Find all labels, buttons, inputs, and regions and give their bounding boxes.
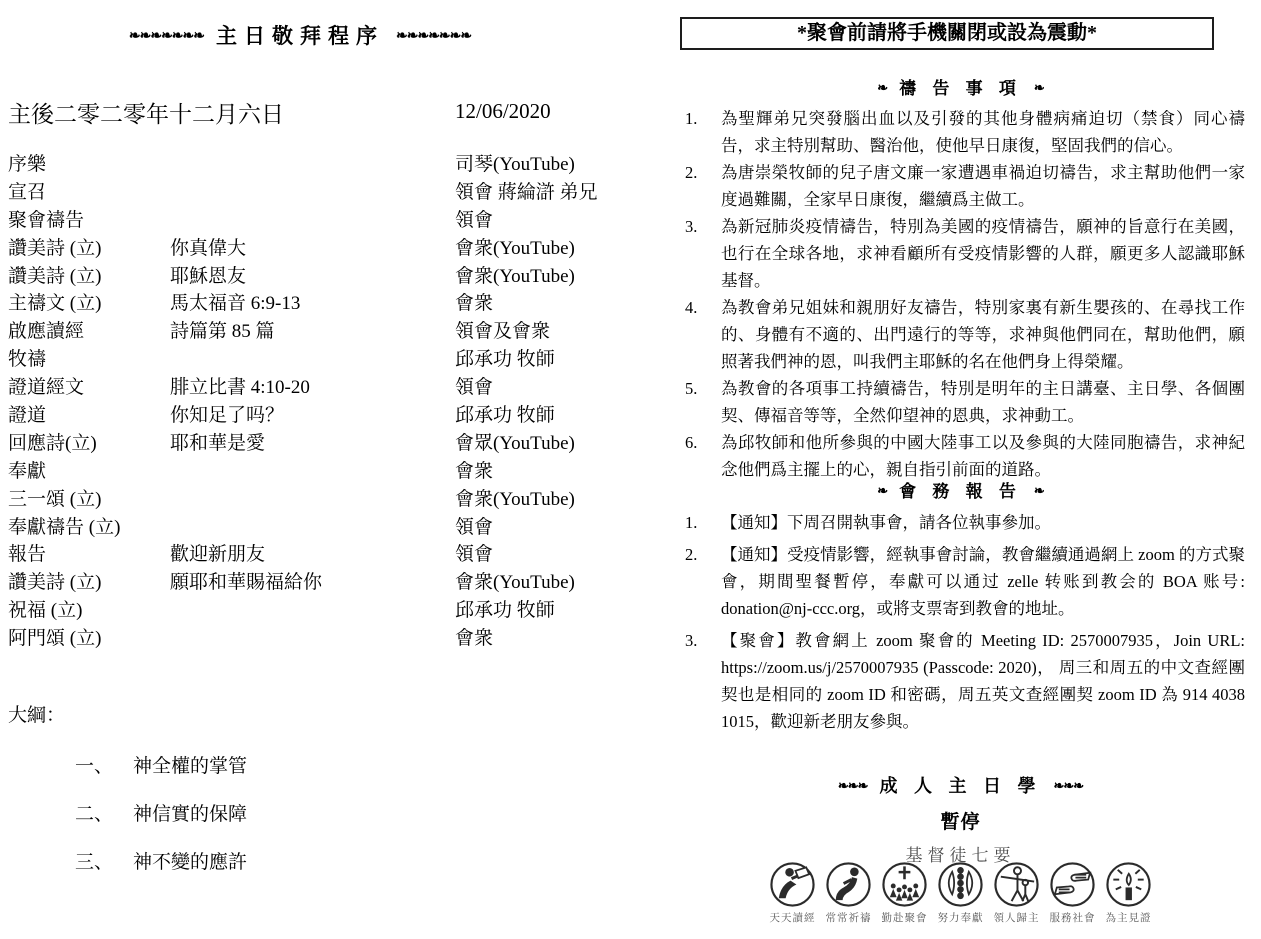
program-item-by: 會衆(YouTube) xyxy=(455,486,653,514)
prayer-section-header: ❧禱 告 事 項❧ xyxy=(660,74,1261,99)
program-item-name: 主禱文 (立) xyxy=(8,290,170,318)
program-item-content: 詩篇第 85 篇 xyxy=(170,318,455,346)
reading-icon xyxy=(769,861,816,908)
prayer-item-text: 為唐崇榮牧師的兒子唐文廉一家遭遇車禍迫切禱告，求主幫助他們一家度過難關，全家早日… xyxy=(721,159,1245,213)
program-item-content xyxy=(170,597,455,625)
report-item-text: 【通知】受疫情影響，經執事會討論，教會繼續通過網上 zoom 的方式聚會，期間聖… xyxy=(721,541,1245,622)
essential-witness: 為主見證 xyxy=(1102,861,1155,925)
announcements-page: *聚會前請將手機關閉或設為震動* ❧禱 告 事 項❧ 1.為聖輝弟兄突發腦出血以… xyxy=(660,0,1261,939)
essential-label: 服務社會 xyxy=(1050,910,1096,925)
prayer-item: 1.為聖輝弟兄突發腦出血以及引發的其他身體病痛迫切（禁食）同心禱告，求主特別幫助… xyxy=(685,105,1245,159)
page-title-row: ❧❧❧❧❧❧❧主日敬拜程序❧❧❧❧❧❧❧ xyxy=(0,20,600,50)
program-row: 奉獻禱告 (立)領會 xyxy=(8,514,653,542)
sunday-school-status: 暫停 xyxy=(660,807,1261,834)
program-row: 回應詩(立)耶和華是愛會眾(YouTube) xyxy=(8,430,653,458)
program-item-name: 啟應讀經 xyxy=(8,318,170,346)
outline-point-text: 神全權的掌管 xyxy=(133,756,247,778)
report-item-number: 3. xyxy=(685,627,721,735)
program-item-by: 會衆 xyxy=(455,458,653,486)
program-item-name: 祝福 (立) xyxy=(8,597,170,625)
serving-icon xyxy=(1049,861,1096,908)
page-title: 主日敬拜程序 xyxy=(216,24,384,48)
prayer-item-text: 為邱牧師和他所參與的中國大陸事工以及參與的大陸同胞禱告，求神紀念他們爲主擺上的心… xyxy=(721,429,1245,483)
report-item: 2.【通知】受疫情影響，經執事會討論，教會繼續通過網上 zoom 的方式聚會，期… xyxy=(685,541,1245,622)
program-row: 奉獻會衆 xyxy=(8,458,653,486)
program-item-by: 會衆(YouTube) xyxy=(455,235,653,263)
outline-point-text: 神信實的保障 xyxy=(133,804,247,826)
essential-praying: 常常祈禱 xyxy=(822,861,875,925)
program-row: 宣召領會 蔣綸滸 弟兄 xyxy=(8,179,653,207)
program-item-by: 領會 xyxy=(455,207,653,235)
prayer-item: 3.為新冠肺炎疫情禱告，特別為美國的疫情禱告，願神的旨意行在美國，也行在全球各地… xyxy=(685,213,1245,294)
program-item-by: 領會 蔣綸滸 弟兄 xyxy=(455,179,653,207)
ornament-right-icon: ❧❧❧ xyxy=(1054,778,1084,793)
gathering-icon xyxy=(881,861,928,908)
ornament-left-icon: ❧❧❧❧❧❧❧ xyxy=(129,29,204,44)
report-item-text: 【通知】下周召開執事會，請各位執事參加。 xyxy=(721,509,1245,536)
prayer-item-number: 5. xyxy=(685,375,721,429)
essential-label: 為主見證 xyxy=(1106,910,1152,925)
prayer-item: 2.為唐崇榮牧師的兒子唐文廉一家遭遇車禍迫切禱告，求主幫助他們一家度過難關，全家… xyxy=(685,159,1245,213)
program-row: 讚美詩 (立)耶穌恩友會衆(YouTube) xyxy=(8,263,653,291)
prayer-item: 6.為邱牧師和他所參與的中國大陸事工以及參與的大陸同胞禱告，求神紀念他們爲主擺上… xyxy=(685,429,1245,483)
offering-icon xyxy=(937,861,984,908)
program-row: 讚美詩 (立)你真偉大會衆(YouTube) xyxy=(8,235,653,263)
report-item-text: 【聚會】教會網上 zoom 聚會的 Meeting ID: 2570007935… xyxy=(721,627,1245,735)
program-item-by: 邱承功 牧師 xyxy=(455,597,653,625)
program-item-content: 馬太福音 6:9-13 xyxy=(170,290,455,318)
outline-point: 二、神信實的保障 xyxy=(75,804,247,826)
outline-point-number: 三、 xyxy=(75,852,133,874)
program-item-name: 阿門頌 (立) xyxy=(8,625,170,653)
essential-label: 努力奉獻 xyxy=(938,910,984,925)
leading-icon xyxy=(993,861,1040,908)
program-row: 證道你知足了吗？邱承功 牧師 xyxy=(8,402,653,430)
program-item-name: 回應詩(立) xyxy=(8,430,170,458)
prayer-item-number: 6. xyxy=(685,429,721,483)
prayer-item-number: 2. xyxy=(685,159,721,213)
program-item-name: 讚美詩 (立) xyxy=(8,235,170,263)
program-item-by: 司琴(YouTube) xyxy=(455,151,653,179)
praying-icon xyxy=(825,861,872,908)
program-row: 讚美詩 (立)願耶和華賜福給你會衆(YouTube) xyxy=(8,569,653,597)
worship-date-numeric: 12/06/2020 xyxy=(455,99,551,124)
program-item-content: 耶穌恩友 xyxy=(170,263,455,291)
prayer-section-title: 禱 告 事 項 xyxy=(899,79,1022,98)
phone-notice-text: *聚會前請將手機關閉或設為震動* xyxy=(797,22,1097,44)
sunday-school-title: 成 人 主 日 學 xyxy=(880,776,1042,796)
program-item-content xyxy=(170,151,455,179)
program-row: 三一頌 (立)會衆(YouTube) xyxy=(8,486,653,514)
report-item: 1.【通知】下周召開執事會，請各位執事參加。 xyxy=(685,509,1245,536)
essential-leading: 領人歸主 xyxy=(990,861,1043,925)
ornament-right-icon: ❧❧❧❧❧❧❧ xyxy=(396,29,471,44)
prayer-item-number: 1. xyxy=(685,105,721,159)
prayer-item: 4.為教會弟兄姐妹和親朋好友禱告，特別家裏有新生嬰孩的、在尋找工作的、身體有不適… xyxy=(685,294,1245,375)
program-item-name: 讚美詩 (立) xyxy=(8,569,170,597)
program-row: 主禱文 (立)馬太福音 6:9-13會衆 xyxy=(8,290,653,318)
program-item-name: 三一頌 (立) xyxy=(8,486,170,514)
program-item-content xyxy=(170,514,455,542)
program-row: 報告歡迎新朋友領會 xyxy=(8,541,653,569)
report-items-list: 1.【通知】下周召開執事會，請各位執事參加。 2.【通知】受疫情影響，經執事會討… xyxy=(685,509,1245,740)
program-item-content xyxy=(170,625,455,653)
outline-point: 一、神全權的掌管 xyxy=(75,756,247,778)
program-item-content: 願耶和華賜福給你 xyxy=(170,569,455,597)
program-item-by: 會衆 xyxy=(455,625,653,653)
program-item-content xyxy=(170,346,455,374)
ornament-left-icon: ❧ xyxy=(877,80,887,95)
prayer-item: 5.為教會的各項事工持續禱告，特別是明年的主日講臺、主日學、各個團契、傳福音等等… xyxy=(685,375,1245,429)
outline-point-number: 二、 xyxy=(75,804,133,826)
program-list: 序樂司琴(YouTube) 宣召領會 蔣綸滸 弟兄 聚會禱告領會 讚美詩 (立)… xyxy=(8,151,653,653)
ornament-left-icon: ❧ xyxy=(877,483,887,498)
prayer-item-number: 3. xyxy=(685,213,721,294)
program-item-content xyxy=(170,207,455,235)
program-item-by: 邱承功 牧師 xyxy=(455,402,653,430)
program-item-by: 會衆 xyxy=(455,290,653,318)
program-item-name: 聚會禱告 xyxy=(8,207,170,235)
report-item: 3.【聚會】教會網上 zoom 聚會的 Meeting ID: 25700079… xyxy=(685,627,1245,735)
program-item-name: 宣召 xyxy=(8,179,170,207)
worship-date-chinese: 主後二零二零年十二月六日 xyxy=(8,96,284,129)
program-item-name: 讚美詩 (立) xyxy=(8,263,170,291)
sermon-outline-label: 大綱： xyxy=(8,700,65,727)
program-item-name: 牧禱 xyxy=(8,346,170,374)
program-item-name: 證道 xyxy=(8,402,170,430)
program-item-by: 會眾(YouTube) xyxy=(455,430,653,458)
essential-gathering: 勤赴聚會 xyxy=(878,861,931,925)
ornament-left-icon: ❧❧❧ xyxy=(838,778,868,793)
essential-serving: 服務社會 xyxy=(1046,861,1099,925)
program-item-content: 你真偉大 xyxy=(170,235,455,263)
program-item-name: 證道經文 xyxy=(8,374,170,402)
prayer-items-list: 1.為聖輝弟兄突發腦出血以及引發的其他身體病痛迫切（禁食）同心禱告，求主特別幫助… xyxy=(685,105,1245,483)
ornament-right-icon: ❧ xyxy=(1034,80,1044,95)
program-item-content xyxy=(170,458,455,486)
report-item-number: 1. xyxy=(685,509,721,536)
worship-program-page: ❧❧❧❧❧❧❧主日敬拜程序❧❧❧❧❧❧❧ 主後二零二零年十二月六日 12/06/… xyxy=(0,0,655,939)
program-item-content: 腓立比書 4:10-20 xyxy=(170,374,455,402)
prayer-item-number: 4. xyxy=(685,294,721,375)
program-item-by: 邱承功 牧師 xyxy=(455,346,653,374)
ornament-right-icon: ❧ xyxy=(1034,483,1044,498)
outline-point-number: 一、 xyxy=(75,756,133,778)
prayer-item-text: 為教會的各項事工持續禱告，特別是明年的主日講臺、主日學、各個團契、傳福音等等，全… xyxy=(721,375,1245,429)
program-item-content: 耶和華是愛 xyxy=(170,430,455,458)
program-item-by: 領會 xyxy=(455,514,653,542)
prayer-item-text: 為教會弟兄姐妹和親朋好友禱告，特別家裏有新生嬰孩的、在尋找工作的、身體有不適的、… xyxy=(721,294,1245,375)
program-row: 牧禱邱承功 牧師 xyxy=(8,346,653,374)
report-section-title: 會 務 報 告 xyxy=(899,482,1022,501)
program-item-content: 你知足了吗？ xyxy=(170,402,455,430)
essential-label: 領人歸主 xyxy=(994,910,1040,925)
program-item-content xyxy=(170,486,455,514)
report-section-header: ❧會 務 報 告❧ xyxy=(660,477,1261,502)
seven-essentials-row: 天天讀經 常常祈禱 xyxy=(660,861,1261,925)
sermon-outline: 一、神全權的掌管 二、神信實的保障 三、神不變的應許 xyxy=(75,756,247,900)
essential-reading: 天天讀經 xyxy=(766,861,819,925)
essential-label: 天天讀經 xyxy=(770,910,816,925)
program-item-name: 奉獻禱告 (立) xyxy=(8,514,170,542)
witness-icon xyxy=(1105,861,1152,908)
program-item-content xyxy=(170,179,455,207)
essential-label: 常常祈禱 xyxy=(826,910,872,925)
program-item-by: 領會 xyxy=(455,374,653,402)
program-item-by: 領會及會衆 xyxy=(455,318,653,346)
phone-notice-box: *聚會前請將手機關閉或設為震動* xyxy=(680,17,1214,50)
program-item-content: 歡迎新朋友 xyxy=(170,541,455,569)
essential-offering: 努力奉獻 xyxy=(934,861,987,925)
program-item-name: 序樂 xyxy=(8,151,170,179)
program-row: 證道經文腓立比書 4:10-20領會 xyxy=(8,374,653,402)
outline-point-text: 神不變的應許 xyxy=(133,852,247,874)
program-item-by: 領會 xyxy=(455,541,653,569)
program-item-by: 會衆(YouTube) xyxy=(455,263,653,291)
report-item-number: 2. xyxy=(685,541,721,622)
prayer-item-text: 為新冠肺炎疫情禱告，特別為美國的疫情禱告，願神的旨意行在美國，也行在全球各地，求… xyxy=(721,213,1245,294)
program-item-name: 奉獻 xyxy=(8,458,170,486)
outline-point: 三、神不變的應許 xyxy=(75,852,247,874)
program-item-by: 會衆(YouTube) xyxy=(455,569,653,597)
program-row: 啟應讀經詩篇第 85 篇領會及會衆 xyxy=(8,318,653,346)
program-row: 阿門頌 (立)會衆 xyxy=(8,625,653,653)
sunday-school-header: ❧❧❧成 人 主 日 學❧❧❧ xyxy=(660,772,1261,798)
program-item-name: 報告 xyxy=(8,541,170,569)
essential-label: 勤赴聚會 xyxy=(882,910,928,925)
program-row: 聚會禱告領會 xyxy=(8,207,653,235)
prayer-item-text: 為聖輝弟兄突發腦出血以及引發的其他身體病痛迫切（禁食）同心禱告，求主特別幫助、醫… xyxy=(721,105,1245,159)
program-row: 序樂司琴(YouTube) xyxy=(8,151,653,179)
program-row: 祝福 (立)邱承功 牧師 xyxy=(8,597,653,625)
